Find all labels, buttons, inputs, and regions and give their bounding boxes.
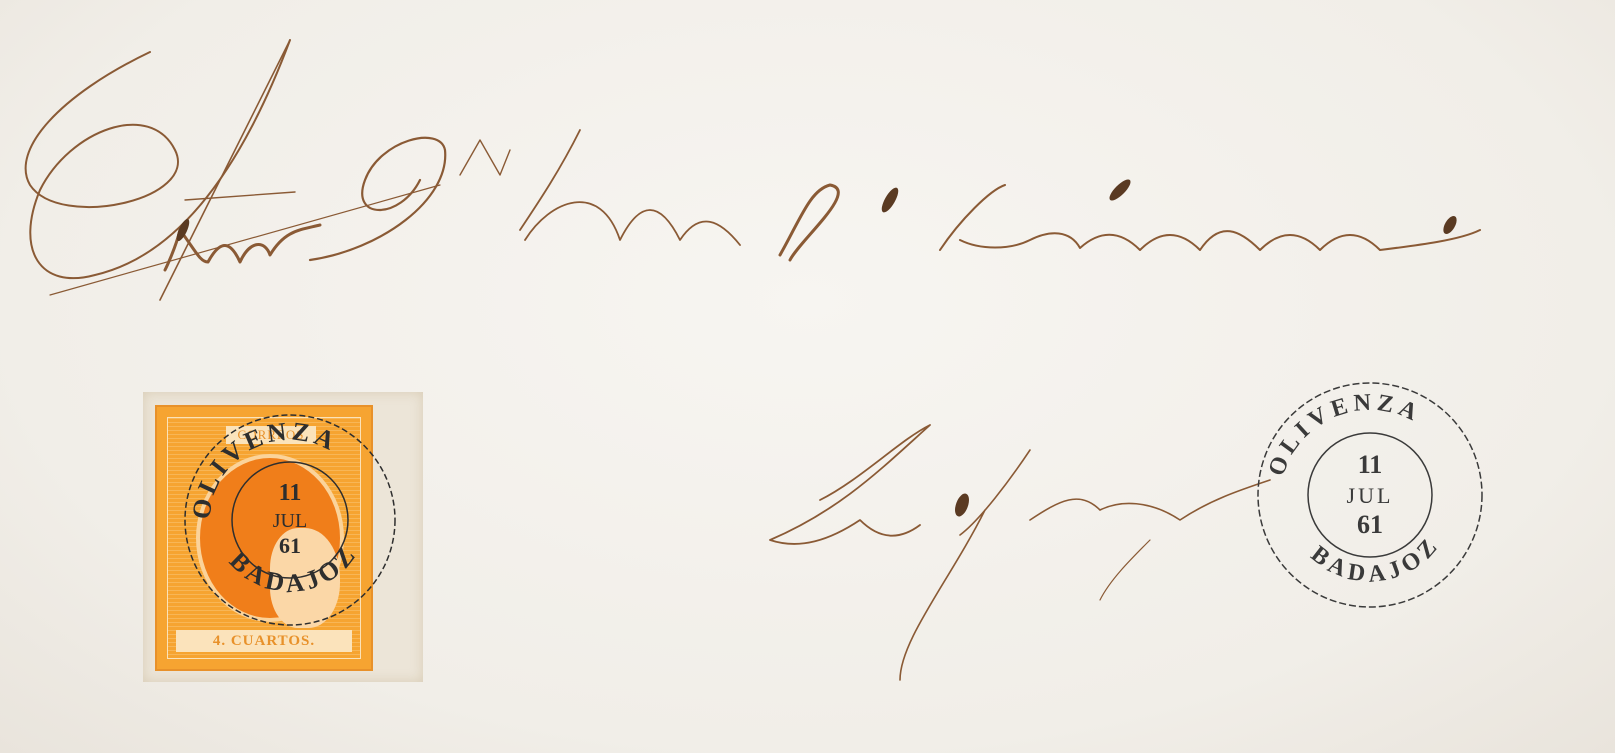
cancel-day: 11 bbox=[279, 480, 302, 506]
cancel-year: 61 bbox=[279, 533, 301, 558]
svg-text:OLIVENZA: OLIVENZA bbox=[1264, 390, 1426, 480]
postmark-year: 61 bbox=[1357, 510, 1383, 539]
date-postmark: OLIVENZA BADAJOZ 11 JUL 61 bbox=[1250, 375, 1490, 615]
postmark-town: OLIVENZA bbox=[1264, 390, 1426, 480]
postmark-day: 11 bbox=[1358, 450, 1383, 479]
stamp-cancellation-postmark: OLIVENZA BADAJOZ 11 JUL 61 bbox=[160, 395, 420, 635]
postmark-month: JUL bbox=[1347, 483, 1394, 508]
cancel-month: JUL bbox=[273, 510, 307, 532]
